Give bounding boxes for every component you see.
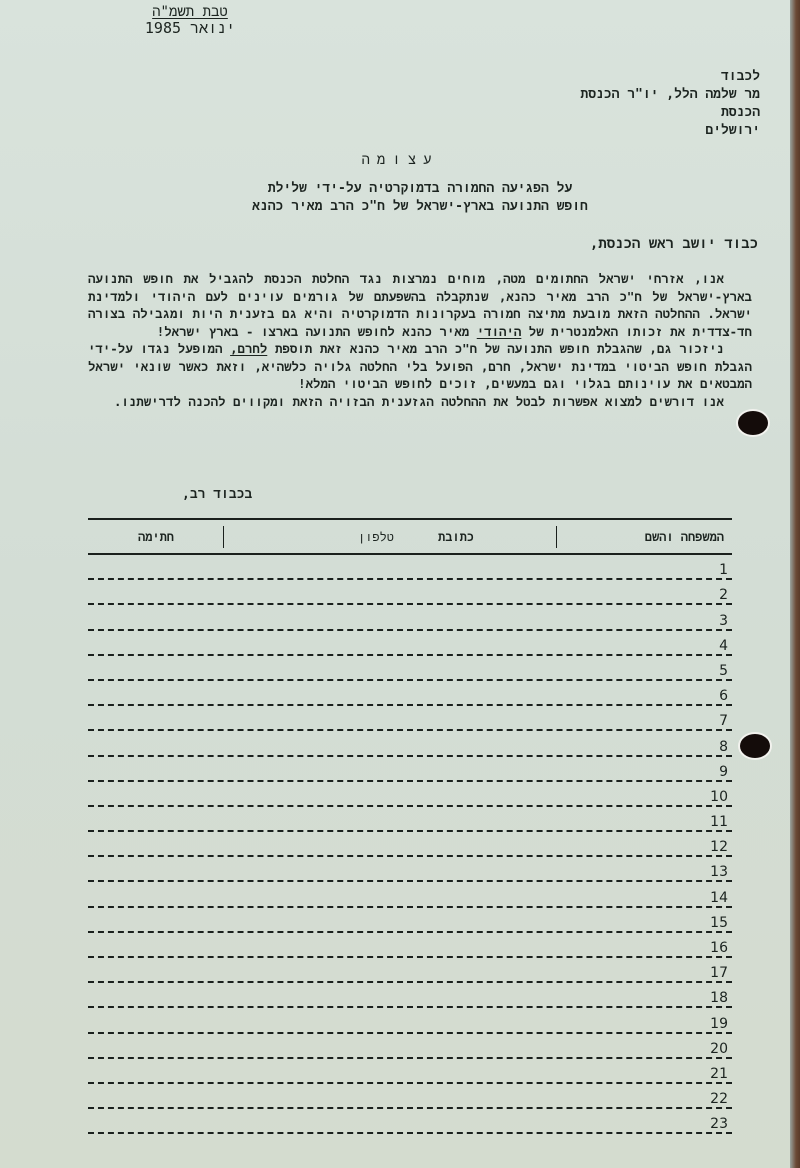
- underlined-word: היהודי: [477, 324, 522, 339]
- paragraph: אנו, אזרחי ישראל החתומים מטה, מוחים נמרצ…: [88, 270, 752, 340]
- signature-row[interactable]: 20: [88, 1034, 732, 1059]
- punch-hole: [740, 734, 770, 758]
- paragraph-lead: ניזכור גם,: [649, 341, 724, 356]
- paragraph-text: דורשים למצוא אפשרות לבטל את ההחלטה הגזענ…: [114, 394, 702, 409]
- row-number: 4: [719, 638, 728, 654]
- signature-row[interactable]: 5: [88, 656, 732, 681]
- signature-row[interactable]: 10: [88, 782, 732, 807]
- signature-row[interactable]: 17: [88, 958, 732, 983]
- column-divider: [223, 526, 224, 548]
- signature-row[interactable]: 9: [88, 757, 732, 782]
- addressee-line: מר שלמה הלל, יו"ר הכנסת: [420, 86, 760, 104]
- signature-row[interactable]: 14: [88, 882, 732, 907]
- paragraph-lead: אנו: [702, 394, 724, 409]
- row-number: 3: [719, 613, 728, 629]
- signature-rows: 1234567891011121314151617181920212223: [88, 555, 732, 1134]
- row-number: 19: [710, 1016, 728, 1032]
- signature-row[interactable]: 7: [88, 706, 732, 731]
- signature-row[interactable]: 11: [88, 807, 732, 832]
- signature-row[interactable]: 16: [88, 933, 732, 958]
- column-signature: חתימה: [138, 530, 174, 545]
- row-number: 1: [719, 562, 728, 578]
- paragraph-lead: אנו,: [694, 271, 724, 286]
- row-number: 14: [710, 890, 728, 906]
- row-number: 15: [710, 915, 728, 931]
- column-address: כתובת: [438, 530, 474, 545]
- paper-edge: [790, 0, 800, 1168]
- signature-row[interactable]: 2: [88, 580, 732, 605]
- row-number: 6: [719, 688, 728, 704]
- row-number: 20: [710, 1041, 728, 1057]
- column-divider: [556, 526, 557, 548]
- addressee-line: ירושלים: [420, 122, 760, 140]
- row-number: 22: [710, 1091, 728, 1107]
- row-number: 9: [719, 764, 728, 780]
- signature-row[interactable]: 23: [88, 1109, 732, 1134]
- row-number: 12: [710, 839, 728, 855]
- row-number: 7: [719, 713, 728, 729]
- signature-row[interactable]: 15: [88, 908, 732, 933]
- signature-row[interactable]: 13: [88, 857, 732, 882]
- column-phone: טלפון: [358, 530, 394, 545]
- row-number: 2: [719, 587, 728, 603]
- signature-table-header: המשפחה והשם כתובת טלפון חתימה: [88, 524, 732, 552]
- table-top-rule: [88, 518, 732, 520]
- signature-row[interactable]: 4: [88, 631, 732, 656]
- petition-body: אנו, אזרחי ישראל החתומים מטה, מוחים נמרצ…: [88, 270, 752, 410]
- paragraph: אנו דורשים למצוא אפשרות לבטל את ההחלטה ה…: [88, 393, 752, 411]
- row-number: 23: [710, 1116, 728, 1132]
- date-block: טבת תשמ"ה ינואר 1985: [130, 4, 250, 36]
- signature-row[interactable]: 18: [88, 983, 732, 1008]
- signature-row[interactable]: 19: [88, 1008, 732, 1033]
- row-number: 5: [719, 663, 728, 679]
- signature-row[interactable]: 6: [88, 681, 732, 706]
- row-number: 10: [710, 789, 728, 805]
- salutation: כבוד יושב ראש הכנסת,: [590, 236, 758, 253]
- paragraph-tail: מאיר כהנא לחופש התנועה בארצו - בארץ ישרא…: [157, 324, 477, 339]
- column-name: המשפחה והשם: [645, 530, 724, 545]
- petition-title: עצומה: [0, 152, 800, 169]
- underlined-word: לחרם,: [230, 341, 267, 356]
- paragraph: ניזכור גם, שהגבלת חופש התנועה של ח"כ הרב…: [88, 340, 752, 393]
- signature-row[interactable]: 12: [88, 832, 732, 857]
- addressee-line: לכבוד: [420, 68, 760, 86]
- signature-row[interactable]: 1: [88, 555, 732, 580]
- paragraph-text: שהגבלת חופש התנועה של ח"כ הרב מאיר כהנא …: [267, 341, 649, 356]
- hebrew-date: טבת תשמ"ה: [130, 4, 250, 20]
- signature-row[interactable]: 22: [88, 1084, 732, 1109]
- addressee-line: הכנסת: [420, 104, 760, 122]
- subtitle-line: חופש התנועה בארץ-ישראל של ח"כ הרב מאיר כ…: [200, 198, 640, 216]
- row-number: 13: [710, 864, 728, 880]
- signature-row[interactable]: 3: [88, 605, 732, 630]
- petition-subtitle: על הפגיעה החמורה בדמוקרטיה על-ידי שלילת …: [200, 180, 640, 216]
- signature-line: [88, 1132, 732, 1134]
- row-number: 16: [710, 940, 728, 956]
- row-number: 17: [710, 965, 728, 981]
- row-number: 21: [710, 1066, 728, 1082]
- row-number: 18: [710, 990, 728, 1006]
- punch-hole: [738, 411, 768, 435]
- subtitle-line: על הפגיעה החמורה בדמוקרטיה על-ידי שלילת: [200, 180, 640, 198]
- row-number: 11: [710, 814, 728, 830]
- row-number: 8: [719, 739, 728, 755]
- signature-row[interactable]: 21: [88, 1059, 732, 1084]
- signature-row[interactable]: 8: [88, 731, 732, 756]
- closing: בכבוד רב,: [182, 487, 252, 502]
- addressee-block: לכבוד מר שלמה הלל, יו"ר הכנסת הכנסת ירוש…: [420, 68, 760, 140]
- gregorian-date: ינואר 1985: [130, 20, 250, 36]
